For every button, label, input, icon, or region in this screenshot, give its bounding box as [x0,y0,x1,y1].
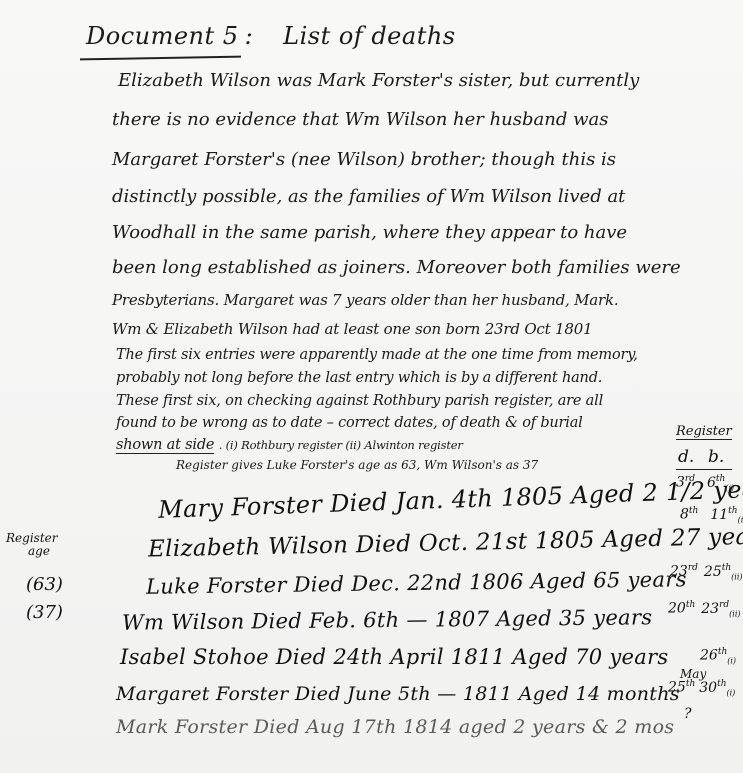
register-burial-day: 23 [701,601,719,617]
register-column-header: Register [676,424,732,440]
note-line-last: shown at side . (i) Rothbury register (i… [116,437,463,453]
note-line: Wm & Elizabeth Wilson had at least one s… [112,320,592,338]
document-heading: List of deaths [283,22,455,50]
ordinal: th [716,474,725,484]
note-line: The first six entries were apparently ma… [116,347,638,363]
death-entry: Luke Forster Died Dec. 22nd 1806 Aged 65… [146,567,687,599]
ordinal: th [689,506,698,516]
death-entry: Wm Wilson Died Feb. 6th — 1807 Aged 35 y… [122,605,653,635]
note-line: These first six, on checking against Rot… [116,393,603,409]
shown-at-side-text: shown at side [116,437,214,454]
register-death-day: 25 [668,680,686,696]
register-death-label: d. [678,447,708,467]
register-age-note: Register gives Luke Forster's age as 63,… [176,458,538,472]
register-burial-day: 25 [704,564,722,580]
note-line: Woodhall in the same parish, where they … [112,222,627,243]
register-row: 3rd6th(i) [676,474,734,492]
ordinal: th [686,600,695,610]
register-ref: (i) [727,656,736,665]
register-row: 8th11th(ii) [680,506,743,524]
note-line: Elizabeth Wilson was Mark Forster's sist… [118,70,639,91]
document-label: Document 5 [86,22,239,50]
death-entry: Isabel Stohoe Died 24th April 1811 Aged … [120,645,669,669]
register-age-luke: (63) [26,574,63,595]
register-ref: (ii) [738,515,743,524]
register-burial-day: 11 [710,507,728,523]
note-line: probably not long before the last entry … [116,370,602,386]
ordinal: rd [688,563,698,573]
note-line: distinctly possible, as the families of … [112,186,625,207]
death-entry: Mary Forster Died Jan. 4th 1805 Aged 2 1… [158,474,743,524]
ordinal: th [686,679,695,689]
register-death-day: 23 [670,564,688,580]
title-separator: : [245,22,254,50]
register-row: ? [684,706,692,722]
register-burial-label: b. [708,447,738,467]
register-burial-day: 30 [699,680,717,696]
register-age-label: Register age [6,532,57,558]
ordinal: rd [685,474,695,484]
register-column-labels: d.b. [678,447,738,467]
register-row: 23rd25th(ii) [670,563,743,581]
register-burial-day: 6 [707,475,716,491]
register-death-day: 3 [676,475,685,491]
register-burial-day: 26 [700,648,718,664]
ordinal: th [718,647,727,657]
scanned-page: Document 5:List of deaths Elizabeth Wils… [0,0,743,773]
register-death-day: 8 [680,507,689,523]
note-line: found to be wrong as to date – correct d… [116,415,583,431]
ordinal: th [722,563,731,573]
ordinal: th [728,506,737,516]
register-ref: (ii) [729,609,740,618]
note-line: Presbyterians. Margaret was 7 years olde… [112,291,618,309]
note-line: been long established as joiners. Moreov… [112,257,681,278]
ordinal: th [717,679,726,689]
register-burial-day: ? [684,706,692,722]
note-line: Margaret Forster's (nee Wilson) brother;… [112,149,616,170]
note-line: there is no evidence that Wm Wilson her … [112,109,608,130]
register-ref: (ii) [731,572,742,581]
register-row: 25th30th(i) [668,679,735,697]
register-row: 20th23rd(ii) [668,600,741,618]
document-title: Document 5:List of deaths [86,22,456,50]
death-entry-later-hand: Mark Forster Died Aug 17th 1814 aged 2 y… [116,716,674,738]
register-key-text: . (i) Rothbury register (ii) Alwinton re… [219,438,463,452]
register-ref: (i) [725,483,734,492]
register-death-day: 20 [668,601,686,617]
ordinal: rd [719,600,729,610]
register-age-label-line1: Register [6,531,57,545]
death-entry: Margaret Forster Died June 5th — 1811 Ag… [116,683,680,705]
register-age-label-line2: age [6,545,57,558]
register-age-wilson: (37) [26,602,63,623]
register-rule [676,469,732,470]
death-entry: Elizabeth Wilson Died Oct. 21st 1805 Age… [148,523,743,562]
register-row: 26th(i) [700,647,736,665]
register-ref: (i) [727,688,736,697]
